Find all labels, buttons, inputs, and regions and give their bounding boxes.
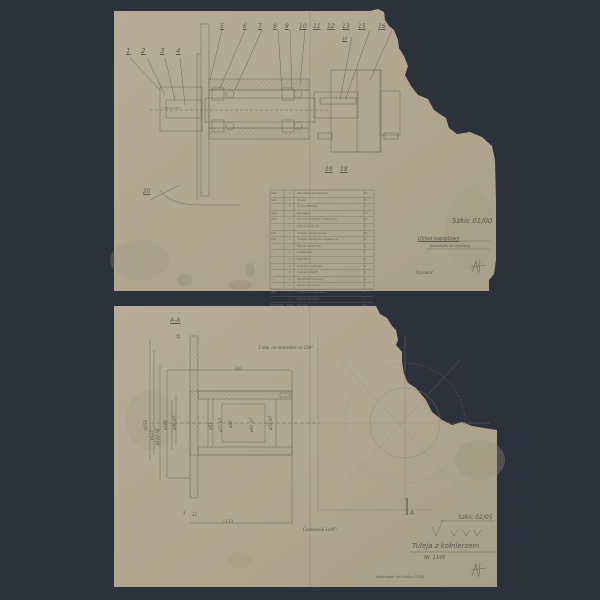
dimension-d62: ø62 (208, 422, 213, 430)
drawing-sheet-bottom: A-A 3 otw. na obwodzie co 120° 110 ~113 … (0, 0, 600, 600)
chamfer-note: Fazowanie 1x45° (303, 527, 337, 532)
drawing-footer: Wykonane dla Szkicu 01/00 (376, 575, 424, 579)
dimension-110: 110 (234, 366, 242, 371)
dimension-d150: ø150 (143, 420, 148, 430)
dimension-d72-h7: ø72 H7 (268, 416, 273, 430)
section-marker: A (410, 510, 414, 517)
bottom-sheet-paper (0, 0, 600, 600)
dimension-d72: ø72 H7 (218, 418, 223, 432)
dimension-d90: ø90 H7 (172, 416, 177, 430)
dimension-d120: ø120 h8 (155, 429, 160, 445)
dimension-d125: ø125 (149, 430, 154, 440)
drawing-number: Nr. 1145 (424, 555, 445, 561)
drawing-code: Szkic 02/05 (458, 514, 493, 521)
dimension-12: 12 (192, 512, 197, 517)
dimension-d62-js7: ø62 js7 (249, 417, 254, 432)
drawing-title: Tuleja z kołnierzem (412, 542, 479, 550)
dimension-3: 3 (183, 510, 186, 515)
section-label: A-A (170, 317, 180, 324)
hole-note: 3 otw. na obwodzie co 120° (258, 345, 313, 350)
dimension-10: 10 (176, 334, 181, 339)
dimension-d80: ø80 (228, 420, 233, 428)
signature-mark (468, 560, 488, 580)
dimension-113: ~113 (222, 519, 233, 524)
dimension-d100: ø100 (163, 420, 168, 430)
